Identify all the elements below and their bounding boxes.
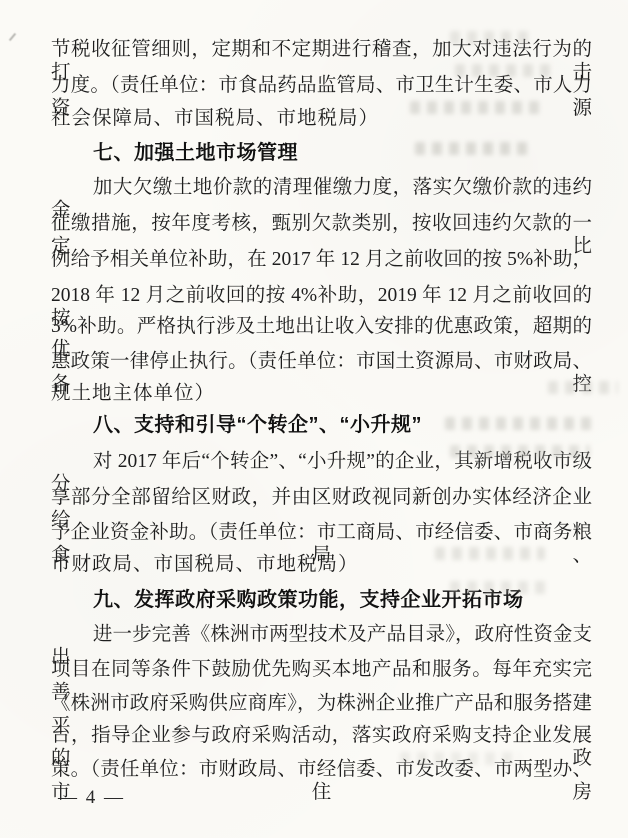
section-heading-8: 八、支持和引导“个转企”、“小升规” — [51, 413, 592, 438]
body-text-line: 项目在同等条件下鼓励优先购买本地产品和服务。每年充实完善 — [51, 658, 592, 682]
section-heading-7: 七、加强土地市场管理 — [51, 141, 592, 166]
body-text-line: 力度。（责任单位：市食品药品监管局、市卫生计生委、市人力资源 — [51, 74, 592, 98]
document-page: 节税收征管细则，定期和不定期进行稽查，加大对违法行为的打击 力度。（责任单位：市… — [0, 0, 628, 838]
body-text-line: 规土地主体单位） — [51, 382, 592, 406]
body-text-line: 予企业资金补助。（责任单位：市工商局、市经信委、市商务粮食局、 — [51, 521, 592, 545]
section-heading-9: 九、发挥政府采购政策功能，支持企业开拓市场 — [51, 588, 592, 613]
scan-corner-mark — [9, 33, 16, 41]
body-text-line: 进一步完善《株洲市两型技术及产品目录》，政府性资金支出 — [51, 623, 592, 647]
body-text-line: 2018 年 12 月之前收回的按 4%补助，2019 年 12 月之前收回的按 — [51, 284, 592, 308]
body-text-line: 台，指导企业参与政府采购活动，落实政府采购支持企业发展的政 — [51, 724, 592, 748]
page-number: — 4 — — [58, 787, 125, 809]
body-text-line: 节税收征管细则，定期和不定期进行稽查，加大对违法行为的打击 — [51, 38, 592, 62]
body-text-line: 社会保障局、市国税局、市地税局） — [51, 107, 592, 131]
body-text-line: 3%补助。严格执行涉及土地出让收入安排的优惠政策，超期的优 — [51, 315, 592, 339]
body-text-line: 例给予相关单位补助，在 2017 年 12 月之前收回的按 5%补助， — [51, 248, 592, 272]
body-text-line: 惠政策一律停止执行。（责任单位：市国土资源局、市财政局、各控 — [51, 350, 592, 374]
body-text-line: 《株洲市政府采购供应商库》，为株洲企业推广产品和服务搭建平 — [51, 692, 592, 716]
body-text-line: 加大欠缴土地价款的清理催缴力度，落实欠缴价款的违约金 — [51, 176, 592, 200]
body-text-line: 对 2017 年后“个转企”、“小升规”的企业，其新增税收市级分 — [51, 450, 592, 474]
body-text-line: 享部分全部留给区财政，并由区财政视同新创办实体经济企业给 — [51, 486, 592, 510]
body-text-line: 策。（责任单位：市财政局、市经信委、市发改委、市两型办、市住房 — [51, 758, 592, 782]
body-text-line: 市财政局、市国税局、市地税局） — [51, 553, 592, 577]
body-text-line: 征缴措施，按年度考核，甄别欠款类别，按收回违约欠款的一定比 — [51, 212, 592, 236]
